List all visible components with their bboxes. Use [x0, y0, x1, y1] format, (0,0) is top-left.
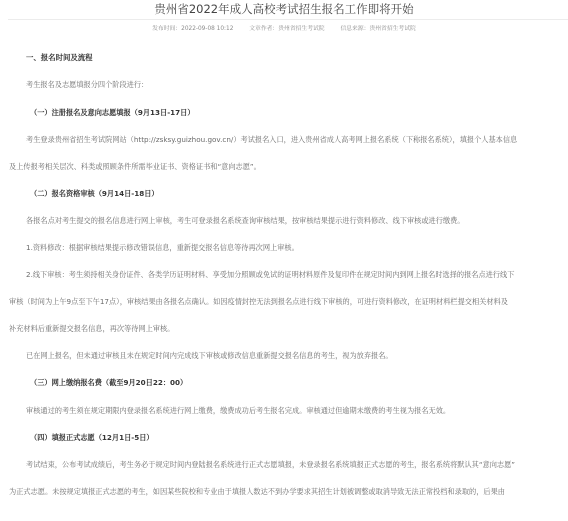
paragraph: 补充材料后重新提交报名信息，再次等待网上审核。 [9, 324, 174, 334]
paragraph: 为正式志愿。未按规定填报正式志愿的考生，如因某些院校和专业由于填报人数达不到办学… [9, 487, 505, 497]
paragraph: 考生登录贵州省招生考试院网站（http://zsksy.guizhou.gov.… [26, 135, 517, 145]
paragraph: 审核（时间为上午9点至下午17点），审核结果由各报名点确认。如因疫情封控无法到报… [9, 297, 508, 307]
paragraph: 各报名点对考生提交的报名信息进行网上审核，考生可登录报名系统查询审核结果，按审核… [26, 216, 464, 226]
article-meta: 发布时间：2022-09-08 10:12 文章作者：贵州省招生考试院 信息来源… [0, 25, 568, 33]
info-source: 信息来源：贵州省招生考试院 [340, 26, 415, 32]
paragraph: 审核通过的考生须在规定期限内登录报名系统进行网上缴费，缴费成功后考生报名完成。审… [26, 406, 450, 416]
article-author: 文章作者：贵州省招生考试院 [249, 26, 324, 32]
subsection-heading: （一）注册报名及意向志愿填报（9月13日-17日） [30, 108, 195, 118]
paragraph: 考试结束，公布考试成绩后，考生务必于规定时间内登陆报名系统进行正式志愿填报，未登… [26, 460, 515, 470]
title-divider [8, 19, 568, 20]
publish-time: 发布时间：2022-09-08 10:12 [152, 26, 233, 32]
paragraph: 已在网上报名，但未通过审核且未在规定时间内完成线下审核或修改信息重新提交报名信息… [26, 351, 393, 361]
subsection-heading: （二）报名资格审核（9月14日-18日） [30, 189, 159, 199]
subsection-heading: （三）网上缴纳报名费（截至9月20日22：00） [30, 378, 187, 388]
paragraph: 1.资料修改：根据审核结果提示修改错误信息，重新提交报名信息等待再次网上审核。 [26, 243, 299, 253]
article-title: 贵州省2022年成人高校考试招生报名工作即将开始 [0, 2, 568, 16]
paragraph: 2.线下审核：考生须持相关身份证件、各类学历证明材料、享受加分照顾或免试的证明材… [26, 270, 514, 280]
paragraph: 考生报名及志愿填报分四个阶段进行： [26, 80, 148, 90]
paragraph: 及上传报考相关层次、科类或照顾条件所需毕业证书、资格证书和“意向志愿”。 [9, 162, 261, 172]
section-heading: 一、报名时间及流程 [26, 53, 93, 63]
subsection-heading: （四）填报正式志愿（12月1日-5日） [30, 433, 154, 443]
